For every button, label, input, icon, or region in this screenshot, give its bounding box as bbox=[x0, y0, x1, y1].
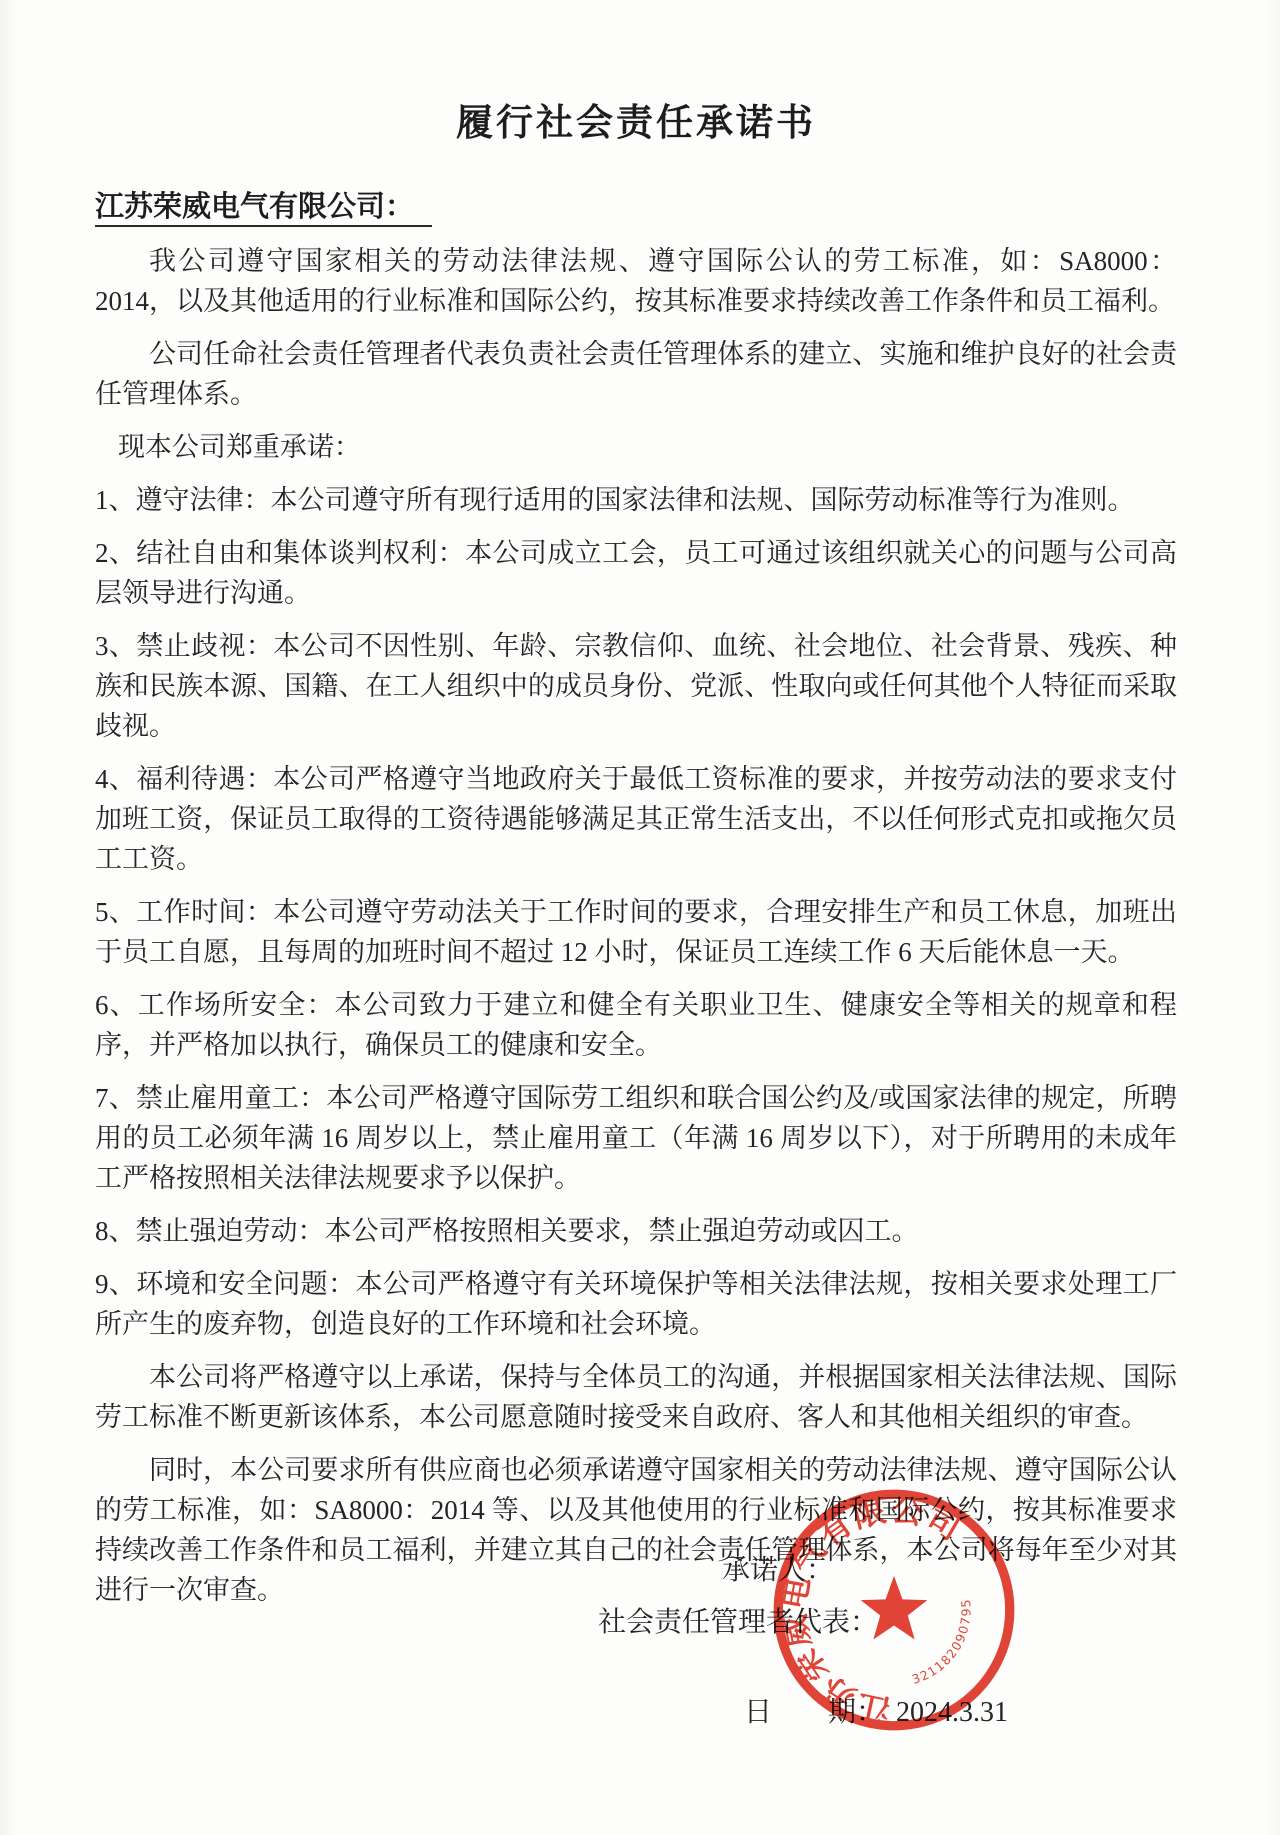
intro-paragraph: 我公司遵守国家相关的劳动法律法规、遵守国际公认的劳工标准，如：SA8000：20… bbox=[95, 241, 1177, 321]
responsibility-rep-label: 社会责任管理者代表： bbox=[598, 1600, 878, 1640]
date-word-1: 日 bbox=[744, 1697, 772, 1728]
date-value: 2024.3.31 bbox=[896, 1697, 1008, 1728]
document-title: 履行社会责任承诺书 bbox=[95, 92, 1177, 146]
closing-paragraph: 同时，本公司要求所有供应商也必须承诺遵守国家相关的劳动法律法规、遵守国际公认的劳… bbox=[95, 1450, 1177, 1610]
date-word-2: 期： bbox=[828, 1697, 884, 1728]
salutation-line: 江苏荣威电气有限公司： bbox=[95, 184, 1177, 225]
date-line: 日期：2024.3.31 bbox=[744, 1690, 1008, 1730]
pledge-item: 8、禁止强迫劳动：本公司严格按照相关要求，禁止强迫劳动或囚工。 bbox=[95, 1211, 1177, 1251]
document-body: 履行社会责任承诺书 江苏荣威电气有限公司： 我公司遵守国家相关的劳动法律法规、遵… bbox=[95, 0, 1177, 1610]
pledge-item: 9、环境和安全问题：本公司严格遵守有关环境保护等相关法律法规，按相关要求处理工厂… bbox=[95, 1264, 1177, 1344]
pledge-item: 4、福利待遇：本公司严格遵守当地政府关于最低工资标准的要求，并按劳动法的要求支付… bbox=[95, 759, 1177, 879]
intro-paragraph: 公司任命社会责任管理者代表负责社会责任管理体系的建立、实施和维护良好的社会责任管… bbox=[95, 334, 1177, 414]
pledge-lead: 现本公司郑重承诺： bbox=[95, 427, 1177, 467]
pledge-item: 1、遵守法律：本公司遵守所有现行适用的国家法律和法规、国际劳动标准等行为准则。 bbox=[95, 480, 1177, 520]
document-page: 履行社会责任承诺书 江苏荣威电气有限公司： 我公司遵守国家相关的劳动法律法规、遵… bbox=[0, 0, 1280, 1835]
pledge-item: 2、结社自由和集体谈判权利：本公司成立工会，员工可通过该组织就关心的问题与公司高… bbox=[95, 533, 1177, 613]
pledge-item: 3、禁止歧视：本公司不因性别、年龄、宗教信仰、血统、社会地位、社会背景、残疾、种… bbox=[95, 626, 1177, 746]
salutation-company-name: 江苏荣威电气有限公司： bbox=[95, 191, 432, 227]
pledge-item: 6、工作场所安全：本公司致力于建立和健全有关职业卫生、健康安全等相关的规章和程序… bbox=[95, 985, 1177, 1065]
promisor-label: 承诺人： bbox=[722, 1548, 834, 1588]
closing-paragraph: 本公司将严格遵守以上承诺，保持与全体员工的沟通，并根据国家相关法律法规、国际劳工… bbox=[95, 1357, 1177, 1437]
pledge-item: 7、禁止雇用童工：本公司严格遵守国际劳工组织和联合国公约及/或国家法律的规定，所… bbox=[95, 1078, 1177, 1198]
pledge-item: 5、工作时间：本公司遵守劳动法关于工作时间的要求，合理安排生产和员工休息，加班出… bbox=[95, 892, 1177, 972]
